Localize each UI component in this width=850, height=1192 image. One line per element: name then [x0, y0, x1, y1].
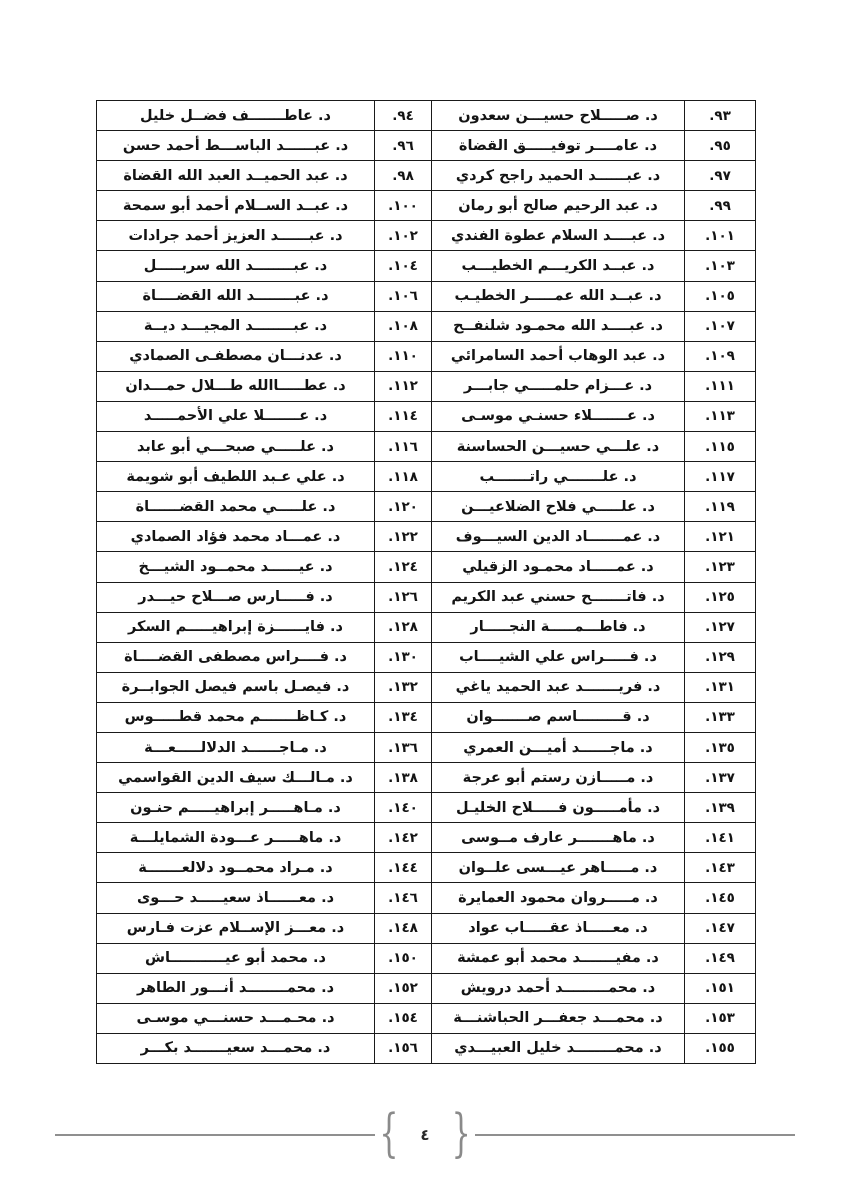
table-row: ١١٥.د. علـــي حسيـــن الحساسنة١١٦.د. علـ…	[97, 432, 756, 462]
name-cell-left: د. فيصـل باسم فيصل الجوابــرة	[97, 672, 375, 702]
number-cell-right: ١٢٣.	[685, 552, 756, 582]
number-cell-left: ١٤٢.	[375, 823, 432, 853]
name-cell-right: د. عبــــــد الحميد راجح كردي	[432, 161, 685, 191]
number-cell-right: ١٣٥.	[685, 732, 756, 762]
name-cell-right: د. عبد الوهاب أحمد السامرائي	[432, 341, 685, 371]
name-cell-right: د. مـــــاهر عيـــسى علــوان	[432, 853, 685, 883]
number-cell-left: ١٤٦.	[375, 883, 432, 913]
number-cell-left: ١٣٦.	[375, 732, 432, 762]
name-cell-right: د. عـــــــلاء حسنـي موسـى	[432, 401, 685, 431]
number-cell-right: ٩٣.	[685, 101, 756, 131]
number-cell-right: ١٣٩.	[685, 793, 756, 823]
name-cell-right: د. فاطـــمـــــة النجـــــار	[432, 612, 685, 642]
page-number: ٤	[420, 1126, 429, 1144]
table-row: ١٤٥.د. مـــــروان محمود العمايرة١٤٦.د. م…	[97, 883, 756, 913]
name-cell-right: د. مـــــازن رستم أبو عرجة	[432, 763, 685, 793]
name-cell-right: د. مـــــروان محمود العمايرة	[432, 883, 685, 913]
name-cell-left: د. عمـــاد محمد فؤاد الصمادي	[97, 522, 375, 552]
name-cell-left: د. عبــــــــد الله القضــــاة	[97, 281, 375, 311]
name-cell-left: د. عدنـــان مصطفـى الصمادي	[97, 341, 375, 371]
name-cell-left: د. محـمـــد حسنـــي موسـى	[97, 1003, 375, 1033]
number-cell-left: ١٤٠.	[375, 793, 432, 823]
table-row: ١٢١.د. عمـــــــاد الدين السيـــوف١٢٢.د.…	[97, 522, 756, 552]
name-cell-left: د. عبــــــــد الله سربـــــل	[97, 251, 375, 281]
name-cell-right: د. عمـــــــاد الدين السيـــوف	[432, 522, 685, 552]
table-row: ١٢٥.د. فاتـــــــح حسني عبد الكريم١٢٦.د.…	[97, 582, 756, 612]
name-cell-right: د. ماجــــــد أميـــن العمري	[432, 732, 685, 762]
name-cell-left: د. محمـــد سعيـــــــد بكـــر	[97, 1033, 375, 1063]
table-row: ٩٩.د. عبد الرحيم صالح أبو رمان١٠٠.د. عبـ…	[97, 191, 756, 221]
number-cell-right: ١١١.	[685, 371, 756, 401]
name-cell-left: د. عبــــــد العزيز أحمد جرادات	[97, 221, 375, 251]
table-row: ١٠٥.د. عبــد الله عمـــــر الخطيـب١٠٦.د.…	[97, 281, 756, 311]
number-cell-left: ٩٨.	[375, 161, 432, 191]
number-cell-left: ١١٦.	[375, 432, 432, 462]
number-cell-left: ١٢٨.	[375, 612, 432, 642]
number-cell-left: ١١٢.	[375, 371, 432, 401]
name-cell-right: د. ماهـــــــر عارف مــوسى	[432, 823, 685, 853]
name-cell-right: د. علـــــي فلاح الضلاعيـــن	[432, 492, 685, 522]
number-cell-left: ١٠٤.	[375, 251, 432, 281]
table-row: ١١٣.د. عـــــــلاء حسنـي موسـى١١٤.د. عــ…	[97, 401, 756, 431]
number-cell-left: ١٣٠.	[375, 642, 432, 672]
name-cell-left: د. كـاظـــــــم محمد قطـــــوس	[97, 702, 375, 732]
number-cell-right: ١٢٩.	[685, 642, 756, 672]
table-row: ١٣٩.د. مأمـــــون فـــــلاح الخليـل١٤٠.د…	[97, 793, 756, 823]
number-cell-right: ١١٩.	[685, 492, 756, 522]
number-cell-right: ١٥٣.	[685, 1003, 756, 1033]
name-cell-right: د. عبد الرحيم صالح أبو رمان	[432, 191, 685, 221]
number-cell-left: ١٥٠.	[375, 943, 432, 973]
name-cell-left: د. مـاجــــــد الدلالـــــعـــة	[97, 732, 375, 762]
table-row: ١٠١.د. عبــــد السلام عطوة الفندي١٠٢.د. …	[97, 221, 756, 251]
name-cell-left: د. محمد أبو عيـــــــــــاش	[97, 943, 375, 973]
number-cell-left: ٩٦.	[375, 131, 432, 161]
table-row: ١٤٧.د. معـــــاذ عقـــــاب عواد١٤٨.د. مع…	[97, 913, 756, 943]
name-cell-right: د. علـــي حسيـــن الحساسنة	[432, 432, 685, 462]
name-cell-left: د. عاطـــــــف فضــل خليل	[97, 101, 375, 131]
name-cell-right: د. عبــــد الله محمـود شلنفــح	[432, 311, 685, 341]
name-cell-left: د. علـــــي صبحـــي أبو عابد	[97, 432, 375, 462]
number-cell-right: ١٣٣.	[685, 702, 756, 732]
number-cell-left: ١١٠.	[375, 341, 432, 371]
name-cell-left: د. فايــــــزة إبراهيـــــم السكر	[97, 612, 375, 642]
number-cell-left: ١٠٦.	[375, 281, 432, 311]
number-cell-left: ١٠٨.	[375, 311, 432, 341]
name-cell-left: د. عيــــــد محمــود الشيـــخ	[97, 552, 375, 582]
number-cell-left: ١١٨.	[375, 462, 432, 492]
name-cell-left: د. عـــــــلا علي الأحمـــــد	[97, 401, 375, 431]
name-cell-left: د. مـاهـــــر إبراهيـــــم حنـون	[97, 793, 375, 823]
page-footer: { ٤ }	[55, 1106, 795, 1164]
name-cell-left: د. علـــــي محمد القضــــــاة	[97, 492, 375, 522]
table-row: ١٤٩.د. مفيـــــــد محمد أبو عمشة١٥٠.د. م…	[97, 943, 756, 973]
footer-rule-left	[55, 1134, 375, 1136]
table-row: ١١٩.د. علـــــي فلاح الضلاعيـــن١٢٠.د. ع…	[97, 492, 756, 522]
name-cell-right: د. محمـــد جعفـــر الحباشنـــة	[432, 1003, 685, 1033]
number-cell-right: ١٣٧.	[685, 763, 756, 793]
name-cell-left: د. عبد الحميــد العبد الله القضاة	[97, 161, 375, 191]
table-row: ١٢٩.د. فـــــراس علي الشيــــاب١٣٠.د. فـ…	[97, 642, 756, 672]
name-cell-right: د. مأمـــــون فـــــلاح الخليـل	[432, 793, 685, 823]
name-cell-left: د. عبــد الســلام أحمد أبو سمحة	[97, 191, 375, 221]
number-cell-right: ١١٣.	[685, 401, 756, 431]
name-cell-right: د. فـــــراس علي الشيــــاب	[432, 642, 685, 672]
table-row: ١١٧.د. علـــــــي راتـــــــب١١٨.د. علي …	[97, 462, 756, 492]
name-cell-left: د. معـــز الإســلام عزت فـارس	[97, 913, 375, 943]
number-cell-right: ٩٧.	[685, 161, 756, 191]
number-cell-left: ١٣٤.	[375, 702, 432, 732]
table-row: ١٠٧.د. عبــــد الله محمـود شلنفــح١٠٨.د.…	[97, 311, 756, 341]
page-number-brace-close: }	[452, 1110, 471, 1161]
table-row: ٩٣.د. صـــــلاح حسيـــن سعدون٩٤.د. عاطــ…	[97, 101, 756, 131]
name-cell-left: د. علي عـبد اللطيف أبو شويمة	[97, 462, 375, 492]
number-cell-left: ١٢٢.	[375, 522, 432, 552]
table-row: ١٥٣.د. محمـــد جعفـــر الحباشنـــة١٥٤.د.…	[97, 1003, 756, 1033]
name-cell-right: د. مفيـــــــد محمد أبو عمشة	[432, 943, 685, 973]
number-cell-right: ١٢٥.	[685, 582, 756, 612]
table-row: ١٤١.د. ماهـــــــر عارف مــوسى١٤٢.د. ماه…	[97, 823, 756, 853]
table-row: ١٣٣.د. قـــــــــاسم صـــــــوان١٣٤.د. ك…	[97, 702, 756, 732]
name-cell-right: د. فريـــــــد عبد الحميد ياغي	[432, 672, 685, 702]
table-row: ١٥٥.د. محمــــــــد خليل العبيـــدي١٥٦.د…	[97, 1033, 756, 1063]
number-cell-right: ١٠٥.	[685, 281, 756, 311]
number-cell-left: ١٢٠.	[375, 492, 432, 522]
number-cell-right: ١٤٩.	[685, 943, 756, 973]
number-cell-right: ١٤٣.	[685, 853, 756, 883]
number-cell-right: ١٠٧.	[685, 311, 756, 341]
table-row: ١٣٧.د. مـــــازن رستم أبو عرجة١٣٨.د. مـا…	[97, 763, 756, 793]
table-row: ٩٧.د. عبــــــد الحميد راجح كردي٩٨.د. عب…	[97, 161, 756, 191]
name-cell-right: د. عبــــد السلام عطوة الفندي	[432, 221, 685, 251]
name-cell-right: د. محمـــــــــد أحمد درويش	[432, 973, 685, 1003]
number-cell-right: ١٤٥.	[685, 883, 756, 913]
table-row: ١٣١.د. فريـــــــد عبد الحميد ياغي١٣٢.د.…	[97, 672, 756, 702]
name-cell-right: د. فاتـــــــح حسني عبد الكريم	[432, 582, 685, 612]
number-cell-right: ١١٥.	[685, 432, 756, 462]
number-cell-right: ١٤٧.	[685, 913, 756, 943]
number-cell-right: ١٤١.	[685, 823, 756, 853]
name-cell-left: د. فــــراس مصطفى القضــــاة	[97, 642, 375, 672]
number-cell-right: ١٥٥.	[685, 1033, 756, 1063]
name-cell-right: د. قـــــــــاسم صـــــــوان	[432, 702, 685, 732]
name-cell-right: د. عمـــــاد محمـود الزقيلي	[432, 552, 685, 582]
number-cell-right: ٩٥.	[685, 131, 756, 161]
names-table: ٩٣.د. صـــــلاح حسيـــن سعدون٩٤.د. عاطــ…	[96, 100, 756, 1064]
name-cell-right: د. صـــــلاح حسيـــن سعدون	[432, 101, 685, 131]
number-cell-left: ١٤٨.	[375, 913, 432, 943]
number-cell-right: ٩٩.	[685, 191, 756, 221]
name-cell-right: د. عبــد الكريـــم الخطيـــب	[432, 251, 685, 281]
table-row: ١١١.د. عـــزام حلمـــــي جابـــر١١٢.د. ع…	[97, 371, 756, 401]
number-cell-left: ١٥٦.	[375, 1033, 432, 1063]
name-cell-right: د. معـــــاذ عقـــــاب عواد	[432, 913, 685, 943]
number-cell-left: ١١٤.	[375, 401, 432, 431]
number-cell-left: ١٠٢.	[375, 221, 432, 251]
number-cell-left: ٩٤.	[375, 101, 432, 131]
table-body: ٩٣.د. صـــــلاح حسيـــن سعدون٩٤.د. عاطــ…	[97, 101, 756, 1064]
page-number-brace-open: {	[379, 1110, 398, 1161]
name-cell-left: د. ماهـــــر عـــودة الشمايلـــة	[97, 823, 375, 853]
number-cell-right: ١٠٩.	[685, 341, 756, 371]
number-cell-right: ١٢٧.	[685, 612, 756, 642]
number-cell-right: ١٠٣.	[685, 251, 756, 281]
number-cell-left: ١٣٨.	[375, 763, 432, 793]
document-page: ٩٣.د. صـــــلاح حسيـــن سعدون٩٤.د. عاطــ…	[0, 0, 850, 1192]
name-cell-left: د. عبــــــــد المجيـــد ديــة	[97, 311, 375, 341]
name-cell-right: د. عامــــر توفيـــــق القضاة	[432, 131, 685, 161]
name-cell-left: د. عبــــــد الباســـط أحمد حسن	[97, 131, 375, 161]
number-cell-right: ١٣١.	[685, 672, 756, 702]
number-cell-left: ١٥٢.	[375, 973, 432, 1003]
name-cell-left: د. فـــــارس صـــلاح حيـــدر	[97, 582, 375, 612]
number-cell-right: ١١٧.	[685, 462, 756, 492]
table-row: ١٢٣.د. عمـــــاد محمـود الزقيلي١٢٤.د. عي…	[97, 552, 756, 582]
name-cell-right: د. عبــد الله عمـــــر الخطيـب	[432, 281, 685, 311]
name-cell-left: د. محمــــــــد أنـــور الطاهر	[97, 973, 375, 1003]
footer-rule-right	[475, 1134, 795, 1136]
number-cell-left: ١٠٠.	[375, 191, 432, 221]
table-row: ١٥١.د. محمـــــــــد أحمد درويش١٥٢.د. مح…	[97, 973, 756, 1003]
number-cell-right: ١٢١.	[685, 522, 756, 552]
number-cell-right: ١٥١.	[685, 973, 756, 1003]
name-cell-right: د. علـــــــي راتـــــــب	[432, 462, 685, 492]
table-row: ١٠٩.د. عبد الوهاب أحمد السامرائي١١٠.د. ع…	[97, 341, 756, 371]
number-cell-left: ١٢٦.	[375, 582, 432, 612]
name-cell-left: د. مـراد محمــود دلالعـــــــة	[97, 853, 375, 883]
table-row: ١٢٧.د. فاطـــمـــــة النجـــــار١٢٨.د. ف…	[97, 612, 756, 642]
name-cell-right: د. محمــــــــد خليل العبيـــدي	[432, 1033, 685, 1063]
name-cell-left: د. مـالـــك سيف الدين القواسمي	[97, 763, 375, 793]
name-cell-right: د. عـــزام حلمـــــي جابـــر	[432, 371, 685, 401]
number-cell-right: ١٠١.	[685, 221, 756, 251]
number-cell-left: ١٥٤.	[375, 1003, 432, 1033]
number-cell-left: ١٣٢.	[375, 672, 432, 702]
table-row: ١٤٣.د. مـــــاهر عيـــسى علــوان١٤٤.د. م…	[97, 853, 756, 883]
name-cell-left: د. معــــــاذ سعيـــــد حـــوى	[97, 883, 375, 913]
number-cell-left: ١٢٤.	[375, 552, 432, 582]
table-row: ١٣٥.د. ماجــــــد أميـــن العمري١٣٦.د. م…	[97, 732, 756, 762]
table-row: ٩٥.د. عامــــر توفيـــــق القضاة٩٦.د. عب…	[97, 131, 756, 161]
number-cell-left: ١٤٤.	[375, 853, 432, 883]
name-cell-left: د. عطـــــاالله طـــلال حمـــدان	[97, 371, 375, 401]
table-row: ١٠٣.د. عبــد الكريـــم الخطيـــب١٠٤.د. ع…	[97, 251, 756, 281]
